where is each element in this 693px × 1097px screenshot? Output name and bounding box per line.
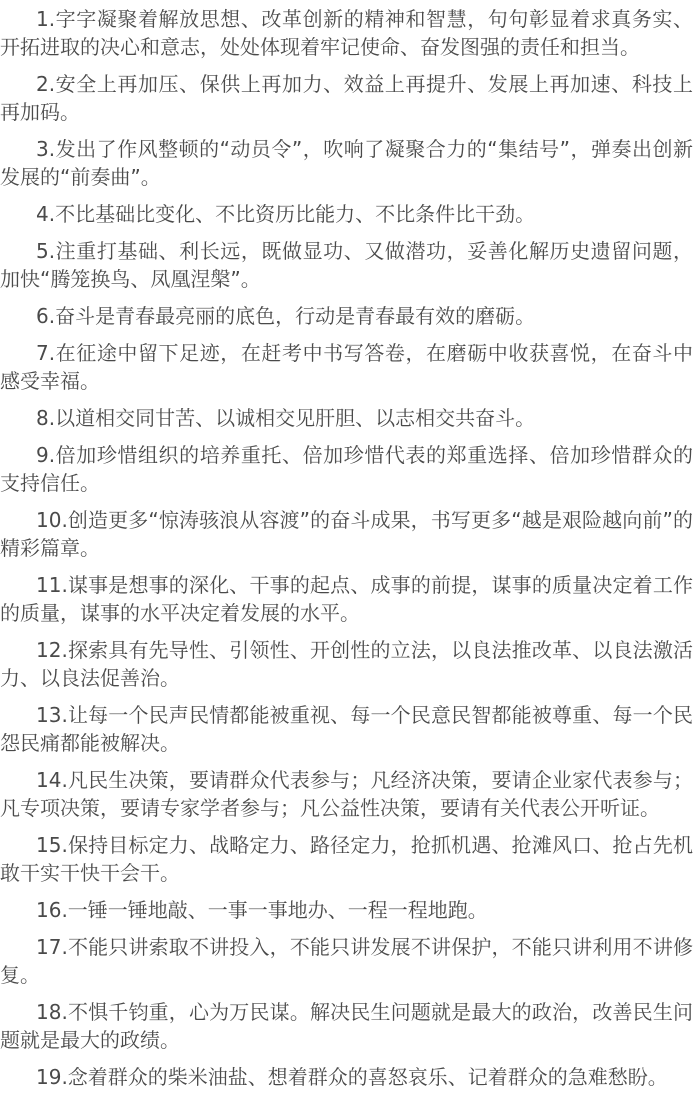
list-item: 1.字字凝聚着解放思想、改革创新的精神和智慧，句句彰显着求真务实、开拓进取的决心…: [0, 5, 693, 61]
list-item: 19.念着群众的柴米油盐、想着群众的喜怒哀乐、记着群众的急难愁盼。: [0, 1063, 693, 1091]
list-item: 18.不惧千钧重，心为万民谋。解决民生问题就是最大的政治，改善民生问题就是最大的…: [0, 998, 693, 1054]
list-item: 10.创造更多“惊涛骇浪从容渡”的奋斗成果，书写更多“越是艰险越向前”的精彩篇章…: [0, 506, 693, 562]
list-item: 12.探索具有先导性、引领性、开创性的立法，以良法推改革、以良法激活力、以良法促…: [0, 636, 693, 692]
article-body: 1.字字凝聚着解放思想、改革创新的精神和智慧，句句彰显着求真务实、开拓进取的决心…: [0, 0, 693, 1091]
list-item: 16.一锤一锤地敲、一事一事地办、一程一程地跑。: [0, 896, 693, 924]
list-item: 3.发出了作风整顿的“动员令”，吹响了凝聚合力的“集结号”，弹奏出创新发展的“前…: [0, 135, 693, 191]
list-item: 11.谋事是想事的深化、干事的起点、成事的前提，谋事的质量决定着工作的质量，谋事…: [0, 571, 693, 627]
list-item: 9.倍加珍惜组织的培养重托、倍加珍惜代表的郑重选择、倍加珍惜群众的支持信任。: [0, 441, 693, 497]
list-item: 5.注重打基础、利长远，既做显功、又做潜功，妥善化解历史遗留问题，加快“腾笼换鸟…: [0, 237, 693, 293]
list-item: 2.安全上再加压、保供上再加力、效益上再提升、发展上再加速、科技上再加码。: [0, 70, 693, 126]
list-item: 15.保持目标定力、战略定力、路径定力，抢抓机遇、抢滩风口、抢占先机敢干实干快干…: [0, 831, 693, 887]
list-item: 6.奋斗是青春最亮丽的底色，行动是青春最有效的磨砺。: [0, 302, 693, 330]
list-item: 7.在征途中留下足迹，在赶考中书写答卷，在磨砺中收获喜悦，在奋斗中感受幸福。: [0, 339, 693, 395]
list-item: 17.不能只讲索取不讲投入，不能只讲发展不讲保护，不能只讲利用不讲修复。: [0, 933, 693, 989]
list-item: 13.让每一个民声民情都能被重视、每一个民意民智都能被尊重、每一个民怨民痛都能被…: [0, 701, 693, 757]
list-item: 8.以道相交同甘苦、以诚相交见肝胆、以志相交共奋斗。: [0, 404, 693, 432]
list-item: 14.凡民生决策，要请群众代表参与；凡经济决策，要请企业家代表参与；凡专项决策，…: [0, 766, 693, 822]
list-item: 4.不比基础比变化、不比资历比能力、不比条件比干劲。: [0, 200, 693, 228]
